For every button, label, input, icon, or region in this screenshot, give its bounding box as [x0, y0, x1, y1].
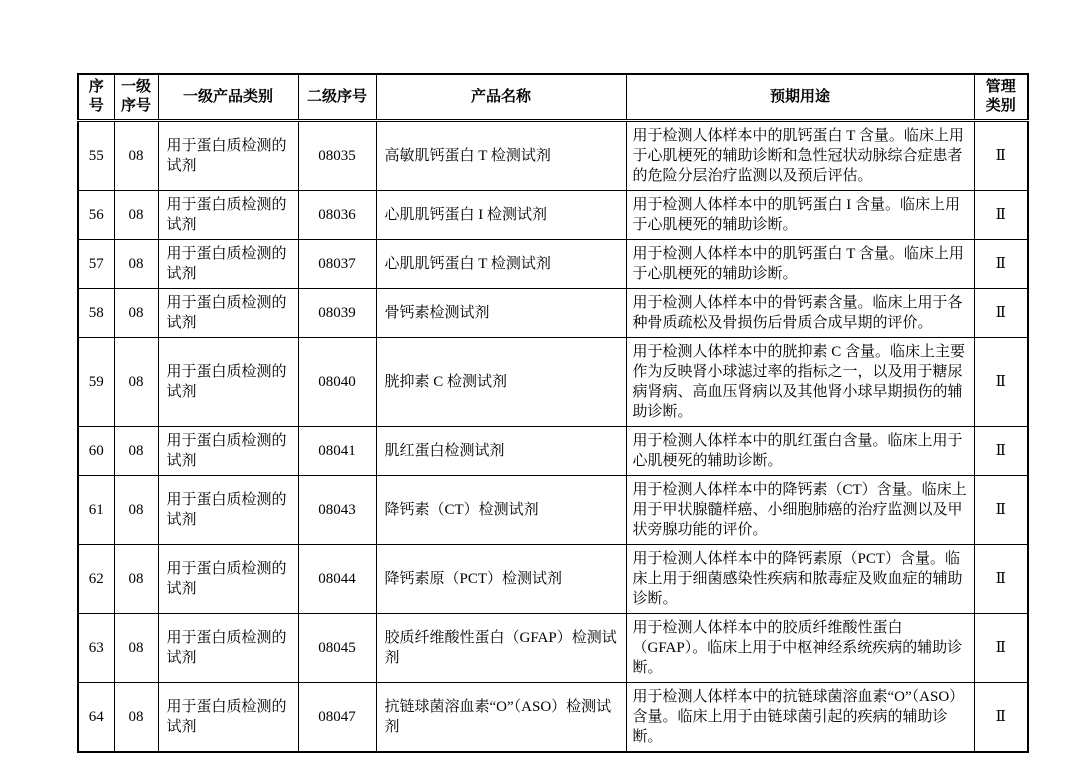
cell-level1-no: 08	[114, 240, 158, 289]
cell-product-name: 心肌肌钙蛋白 I 检测试剂	[376, 191, 626, 240]
cell-intended-use: 用于检测人体样本中的胱抑素 C 含量。临床上主要作为反映肾小球滤过率的指标之一，…	[626, 338, 974, 427]
cell-level2-no: 08039	[298, 289, 376, 338]
cell-level2-no: 08041	[298, 427, 376, 476]
table-row: 5508用于蛋白质检测的试剂08035高敏肌钙蛋白 T 检测试剂用于检测人体样本…	[78, 121, 1028, 191]
table-row: 5808用于蛋白质检测的试剂08039骨钙素检测试剂用于检测人体样本中的骨钙素含…	[78, 289, 1028, 338]
table-row: 6408用于蛋白质检测的试剂08047抗链球菌溶血素“O”（ASO）检测试剂用于…	[78, 683, 1028, 753]
cell-level2-no: 08035	[298, 121, 376, 191]
cell-level2-no: 08040	[298, 338, 376, 427]
header-row: 序号 一级序号 一级产品类别 二级序号 产品名称 预期用途 管理类别	[78, 74, 1028, 121]
cell-mgmt-class: Ⅱ	[974, 614, 1028, 683]
cell-category: 用于蛋白质检测的试剂	[158, 289, 298, 338]
cell-category: 用于蛋白质检测的试剂	[158, 191, 298, 240]
cell-intended-use: 用于检测人体样本中的降钙素原（PCT）含量。临床上用于细菌感染性疾病和脓毒症及败…	[626, 545, 974, 614]
table-body: 5508用于蛋白质检测的试剂08035高敏肌钙蛋白 T 检测试剂用于检测人体样本…	[78, 121, 1028, 753]
table-row: 6108用于蛋白质检测的试剂08043降钙素（CT）检测试剂用于检测人体样本中的…	[78, 476, 1028, 545]
cell-level1-no: 08	[114, 476, 158, 545]
cell-level1-no: 08	[114, 289, 158, 338]
cell-level1-no: 08	[114, 614, 158, 683]
cell-category: 用于蛋白质检测的试剂	[158, 545, 298, 614]
cell-level2-no: 08037	[298, 240, 376, 289]
cell-seq: 63	[78, 614, 114, 683]
cell-mgmt-class: Ⅱ	[974, 121, 1028, 191]
document-page: 序号 一级序号 一级产品类别 二级序号 产品名称 预期用途 管理类别 5508用…	[0, 0, 1080, 763]
cell-intended-use: 用于检测人体样本中的抗链球菌溶血素“O”（ASO）含量。临床上用于由链球菌引起的…	[626, 683, 974, 753]
cell-intended-use: 用于检测人体样本中的胶质纤维酸性蛋白（GFAP）。临床上用于中枢神经系统疾病的辅…	[626, 614, 974, 683]
column-header-intended-use: 预期用途	[626, 74, 974, 121]
cell-category: 用于蛋白质检测的试剂	[158, 476, 298, 545]
cell-product-name: 抗链球菌溶血素“O”（ASO）检测试剂	[376, 683, 626, 753]
cell-intended-use: 用于检测人体样本中的肌钙蛋白 T 含量。临床上用于心肌梗死的辅助诊断和急性冠状动…	[626, 121, 974, 191]
column-header-product-name: 产品名称	[376, 74, 626, 121]
cell-level1-no: 08	[114, 427, 158, 476]
cell-seq: 60	[78, 427, 114, 476]
column-header-mgmt-class: 管理类别	[974, 74, 1028, 121]
cell-level2-no: 08047	[298, 683, 376, 753]
cell-mgmt-class: Ⅱ	[974, 240, 1028, 289]
cell-product-name: 心肌肌钙蛋白 T 检测试剂	[376, 240, 626, 289]
cell-category: 用于蛋白质检测的试剂	[158, 338, 298, 427]
cell-product-name: 降钙素（CT）检测试剂	[376, 476, 626, 545]
table-row: 5908用于蛋白质检测的试剂08040胱抑素 C 检测试剂用于检测人体样本中的胱…	[78, 338, 1028, 427]
cell-product-name: 骨钙素检测试剂	[376, 289, 626, 338]
cell-seq: 62	[78, 545, 114, 614]
cell-product-name: 降钙素原（PCT）检测试剂	[376, 545, 626, 614]
table-row: 6008用于蛋白质检测的试剂08041肌红蛋白检测试剂用于检测人体样本中的肌红蛋…	[78, 427, 1028, 476]
cell-level1-no: 08	[114, 338, 158, 427]
cell-level1-no: 08	[114, 683, 158, 753]
cell-mgmt-class: Ⅱ	[974, 683, 1028, 753]
cell-category: 用于蛋白质检测的试剂	[158, 121, 298, 191]
cell-intended-use: 用于检测人体样本中的肌红蛋白含量。临床上用于心肌梗死的辅助诊断。	[626, 427, 974, 476]
column-header-seq: 序号	[78, 74, 114, 121]
cell-mgmt-class: Ⅱ	[974, 476, 1028, 545]
cell-seq: 59	[78, 338, 114, 427]
cell-product-name: 胶质纤维酸性蛋白（GFAP）检测试剂	[376, 614, 626, 683]
table-row: 6208用于蛋白质检测的试剂08044降钙素原（PCT）检测试剂用于检测人体样本…	[78, 545, 1028, 614]
cell-category: 用于蛋白质检测的试剂	[158, 683, 298, 753]
cell-product-name: 高敏肌钙蛋白 T 检测试剂	[376, 121, 626, 191]
cell-level1-no: 08	[114, 545, 158, 614]
cell-intended-use: 用于检测人体样本中的骨钙素含量。临床上用于各种骨质疏松及骨损伤后骨质合成早期的评…	[626, 289, 974, 338]
cell-mgmt-class: Ⅱ	[974, 191, 1028, 240]
cell-category: 用于蛋白质检测的试剂	[158, 614, 298, 683]
table-row: 6308用于蛋白质检测的试剂08045胶质纤维酸性蛋白（GFAP）检测试剂用于检…	[78, 614, 1028, 683]
cell-product-name: 肌红蛋白检测试剂	[376, 427, 626, 476]
cell-mgmt-class: Ⅱ	[974, 289, 1028, 338]
cell-level2-no: 08045	[298, 614, 376, 683]
cell-seq: 55	[78, 121, 114, 191]
cell-seq: 57	[78, 240, 114, 289]
cell-category: 用于蛋白质检测的试剂	[158, 427, 298, 476]
cell-category: 用于蛋白质检测的试剂	[158, 240, 298, 289]
column-header-level2-no: 二级序号	[298, 74, 376, 121]
cell-level1-no: 08	[114, 121, 158, 191]
product-classification-table: 序号 一级序号 一级产品类别 二级序号 产品名称 预期用途 管理类别 5508用…	[77, 73, 1029, 753]
cell-intended-use: 用于检测人体样本中的肌钙蛋白 I 含量。临床上用于心肌梗死的辅助诊断。	[626, 191, 974, 240]
cell-seq: 56	[78, 191, 114, 240]
cell-mgmt-class: Ⅱ	[974, 545, 1028, 614]
table-row: 5708用于蛋白质检测的试剂08037心肌肌钙蛋白 T 检测试剂用于检测人体样本…	[78, 240, 1028, 289]
cell-level2-no: 08044	[298, 545, 376, 614]
cell-mgmt-class: Ⅱ	[974, 427, 1028, 476]
column-header-level1-no: 一级序号	[114, 74, 158, 121]
cell-level1-no: 08	[114, 191, 158, 240]
cell-level2-no: 08036	[298, 191, 376, 240]
table-row: 5608用于蛋白质检测的试剂08036心肌肌钙蛋白 I 检测试剂用于检测人体样本…	[78, 191, 1028, 240]
cell-intended-use: 用于检测人体样本中的降钙素（CT）含量。临床上用于甲状腺髓样癌、小细胞肺癌的治疗…	[626, 476, 974, 545]
cell-product-name: 胱抑素 C 检测试剂	[376, 338, 626, 427]
cell-seq: 61	[78, 476, 114, 545]
cell-intended-use: 用于检测人体样本中的肌钙蛋白 T 含量。临床上用于心肌梗死的辅助诊断。	[626, 240, 974, 289]
table-header: 序号 一级序号 一级产品类别 二级序号 产品名称 预期用途 管理类别	[78, 74, 1028, 121]
cell-seq: 64	[78, 683, 114, 753]
cell-mgmt-class: Ⅱ	[974, 338, 1028, 427]
cell-level2-no: 08043	[298, 476, 376, 545]
cell-seq: 58	[78, 289, 114, 338]
column-header-category: 一级产品类别	[158, 74, 298, 121]
